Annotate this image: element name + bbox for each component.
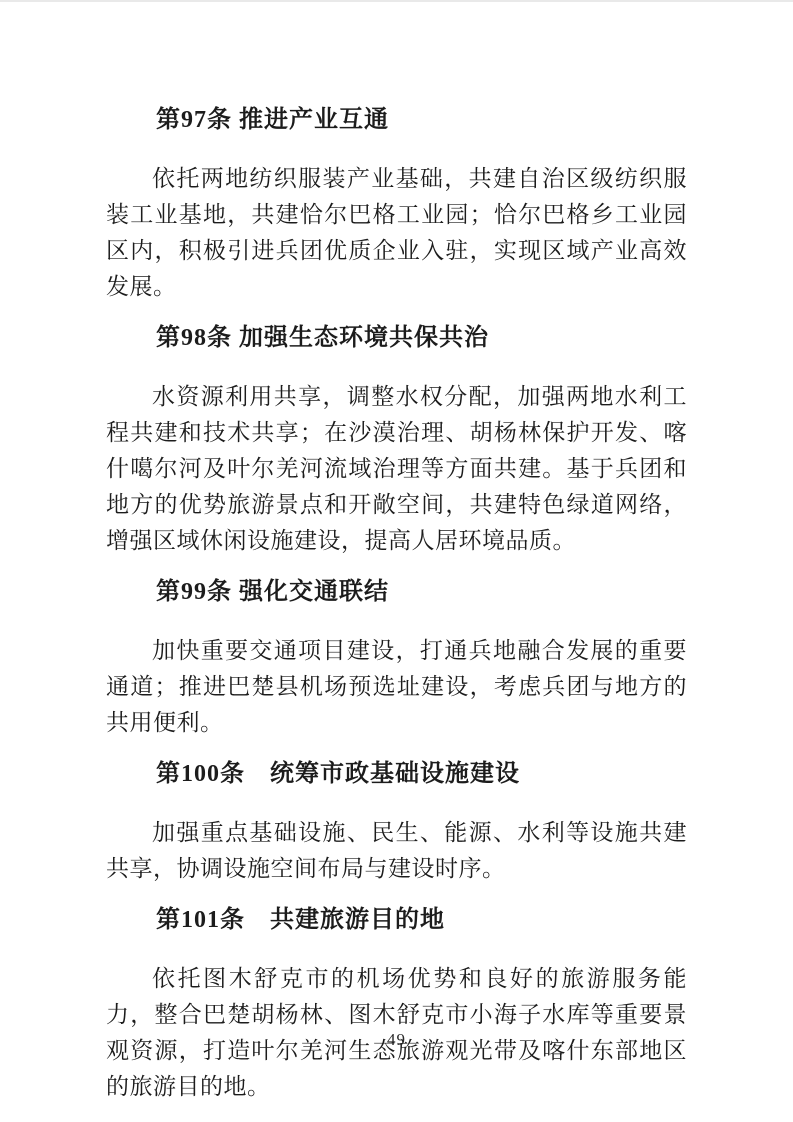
article-heading: 第100条 统筹市政基础设施建设 — [106, 762, 687, 787]
article-heading: 第98条 加强生态环境共保共治 — [106, 326, 687, 351]
article-section-99: 第99条 强化交通联结 加快重要交通项目建设，打通兵地融合发展的重要通道；推进巴… — [106, 580, 687, 741]
page-number: 49 — [0, 1030, 793, 1050]
article-heading: 第101条 共建旅游目的地 — [106, 908, 687, 933]
page-content: 第97条 推进产业互通 依托两地纺织服装产业基础，共建自治区级纺织服装工业基地，… — [0, 0, 793, 1105]
article-paragraph: 水资源利用共享，调整水权分配，加强两地水利工程共建和技术共享；在沙漠治理、胡杨林… — [106, 379, 687, 559]
document-page: 第97条 推进产业互通 依托两地纺织服装产业基础，共建自治区级纺织服装工业基地，… — [0, 0, 793, 1122]
article-paragraph: 加强重点基础设施、民生、能源、水利等设施共建共享，协调设施空间布局与建设时序。 — [106, 815, 687, 887]
article-heading: 第99条 强化交通联结 — [106, 580, 687, 605]
article-paragraph: 依托两地纺织服装产业基础，共建自治区级纺织服装工业基地，共建恰尔巴格工业园；恰尔… — [106, 161, 687, 305]
article-heading: 第97条 推进产业互通 — [106, 108, 687, 133]
article-paragraph: 加快重要交通项目建设，打通兵地融合发展的重要通道；推进巴楚县机场预选址建设，考虑… — [106, 633, 687, 741]
article-section-98: 第98条 加强生态环境共保共治 水资源利用共享，调整水权分配，加强两地水利工程共… — [106, 326, 687, 559]
article-section-97: 第97条 推进产业互通 依托两地纺织服装产业基础，共建自治区级纺织服装工业基地，… — [106, 108, 687, 305]
article-section-100: 第100条 统筹市政基础设施建设 加强重点基础设施、民生、能源、水利等设施共建共… — [106, 762, 687, 887]
article-section-101: 第101条 共建旅游目的地 依托图木舒克市的机场优势和良好的旅游服务能力，整合巴… — [106, 908, 687, 1105]
page-top-edge — [0, 0, 793, 2]
